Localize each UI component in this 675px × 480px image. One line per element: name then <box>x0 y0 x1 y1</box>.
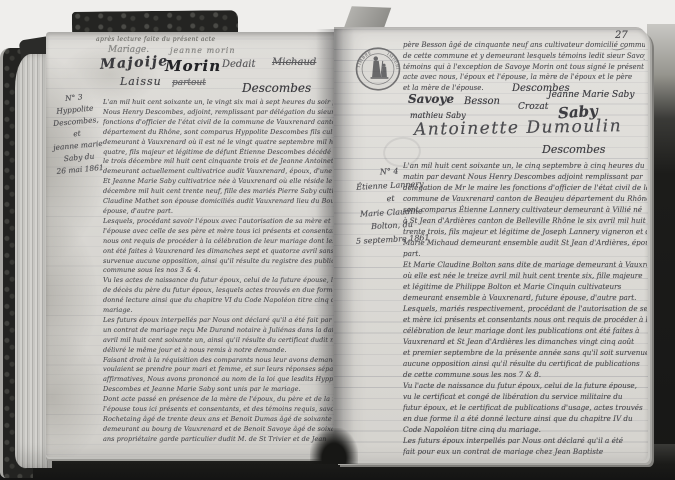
handwriting-line: de cette commune sous les nos 7 & 8. <box>403 369 647 380</box>
previous-act-closing-line: après lecture faite du présent acte <box>96 36 215 43</box>
handwriting-line: donné lecture ainsi que du chapitre VI d… <box>103 296 333 306</box>
handwriting-line: délivré le même jour et à nous remis à n… <box>103 346 333 356</box>
handwriting-line: sont comparus Étienne Lannery cultivateu… <box>403 204 647 215</box>
handwriting-line: survenue aucune opposition, ainsi qu'il … <box>103 257 333 267</box>
handwriting-line: Vauxrenard et St Jean d'Ardières les dim… <box>403 336 647 347</box>
handwriting-line: Rochetaing âgé de trente deux ans et Ben… <box>103 415 333 425</box>
handwriting-line: ans propriétaire garde particulier dudit… <box>103 435 333 445</box>
left-page: après lecture faite du présent acte Mari… <box>46 32 335 457</box>
handwriting-line: témoins qui à l'exception de Savoye Mori… <box>403 62 645 73</box>
handwriting-line: mariage. <box>103 306 333 316</box>
handwriting-line: Nous Henry Descombes, adjoint, remplissa… <box>103 108 333 118</box>
handwriting-line: Descombes et Jeanne Marie Saby sont unis… <box>103 385 333 395</box>
annotation-dedait: Dedait <box>222 59 256 70</box>
signature-antoinette-dumoulin: Antoinette Dumoulin <box>414 116 622 140</box>
handwriting-line: célébration de leur mariage dont les pub… <box>403 325 647 336</box>
handwriting-line: fonctions d'officier de l'état civil de … <box>103 118 333 128</box>
register-scan: après lecture faite du présent acte Mari… <box>0 0 675 480</box>
handwriting-line: décembre mil huit cent trente neuf, fill… <box>103 187 333 197</box>
act-4-body-text: L'an mil huit cent soixante un, le cinq … <box>403 160 647 457</box>
timbre-imperial-stamp: TIMBRE IMPÉRIAL <box>354 46 402 92</box>
handwriting-line: ont été faites à Vauxrenard les dimanche… <box>103 247 333 257</box>
handwriting-line: part. <box>403 248 647 259</box>
handwriting-line: et premier septembre de la présente anné… <box>403 347 647 358</box>
handwriting-line: Claudine Mathet son épouse domiciliés au… <box>103 197 333 207</box>
handwriting-line: le trois décembre mil huit cent cinquant… <box>103 157 333 167</box>
handwriting-line: L'an mil huit cent soixante un, le cinq … <box>403 160 647 171</box>
pencil-annotation-jeanne-morin: jeanne morin <box>170 46 236 55</box>
handwriting-line: avril mil huit cent soixante un, ainsi q… <box>103 336 333 346</box>
handwriting-line: Dont acte passé en présence de la mère d… <box>103 395 333 405</box>
handwriting-line: Faisant droit à la réquisition des compa… <box>103 356 333 366</box>
handwriting-line: affirmatives, Nous avons prononcé au nom… <box>103 375 333 385</box>
handwriting-line: Et Jeanne Marie Saby cultivatrice née à … <box>103 177 333 187</box>
handwriting-line: l'épouse tous ici présents et consentant… <box>103 405 333 415</box>
handwriting-line: quatre, fils majeur et légitime de défun… <box>103 148 333 158</box>
signature-crozat: Crozat <box>518 102 548 112</box>
handwriting-line: Lesquels, mariés respectivement, procéda… <box>403 303 647 314</box>
handwriting-line: Code Napoléon titre cinq du mariage. <box>403 424 647 435</box>
handwriting-line: l'épouse avec celle de ses père et mère … <box>103 227 333 237</box>
handwriting-line: en due forme il a été donné lecture ains… <box>403 413 647 424</box>
margin-note-act-3: N° 3HyppoliteDescombes,etjeanne marieSab… <box>46 90 107 178</box>
right-page: 27 TIMBRE IMPÉRIAL père <box>334 27 648 461</box>
handwriting-line: Vu l'acte de naissance du futur époux, c… <box>403 380 647 391</box>
handwriting-line: Marie Michaud demeurant ensemble audit S… <box>403 237 647 248</box>
signature-besson: Besson <box>464 96 500 107</box>
handwriting-line: aucune opposition ainsi qu'il résulte du… <box>403 358 647 369</box>
handwriting-line: où elle est née le treize avril mil huit… <box>403 270 647 281</box>
annotation-partout-struck: partout <box>172 78 206 88</box>
handwriting-line: trente trois, fils majeur et légitime de… <box>403 226 647 237</box>
handwriting-line: vu le certificat et congé de libération … <box>403 391 647 402</box>
handwriting-line: épouse, d'autre part. <box>103 207 333 217</box>
signature-savoye: Savoye <box>408 92 454 106</box>
handwriting-line: acte avec nous, l'époux et l'épouse, la … <box>403 72 645 83</box>
handwriting-line: et légitime de Philippe Bolton et Marie … <box>403 281 647 292</box>
handwriting-line: demeurant au bourg de Vauxrenard et de B… <box>103 425 333 435</box>
handwriting-line: demeurant à Vauxrenard où il est né le v… <box>103 138 333 148</box>
handwriting-line: Les futurs époux interpellés par Nous on… <box>103 316 333 326</box>
act-3-body-text: L'an mil huit cent soixante un, le vingt… <box>103 98 333 445</box>
annotation-laissu: Laissu <box>120 75 162 88</box>
handwriting-line: à St Jean d'Ardières canton de Bellevill… <box>403 215 647 226</box>
handwriting-line: Vu les actes de naissance du futur époux… <box>103 276 333 286</box>
handwriting-line: de décès du père du futur époux, lesquel… <box>103 286 333 296</box>
handwriting-line: matin par devant Nous Henry Descombes ad… <box>403 171 647 182</box>
backdrop-shadow-right <box>647 24 675 480</box>
handwriting-line: demeurant actuellement cultivatrice audi… <box>103 167 333 177</box>
handwriting-line: de cette commune et y demeurant lesquels… <box>403 51 645 62</box>
handwriting-line: un contrat de mariage reçu Me Durand not… <box>103 326 333 336</box>
signature-descombes-closing: Descombes <box>542 143 605 156</box>
handwriting-line: voulaient se prendre pour mari et femme,… <box>103 365 333 375</box>
handwriting-line: Les futurs époux interpellés par Nous on… <box>403 435 647 446</box>
handwriting-line: L'an mil huit cent soixante un, le vingt… <box>103 98 333 108</box>
handwriting-line: futur époux, et le certificat de publica… <box>403 402 647 413</box>
handwriting-line: département du Rhône, sont comparus Hypp… <box>103 128 333 138</box>
handwriting-line: commune sous les nos 3 & 4. <box>103 266 333 276</box>
handwriting-line: et mère ici présents et consentants nous… <box>403 314 647 325</box>
handwriting-line: nous ont requis de procéder à la célébra… <box>103 237 333 247</box>
handwriting-line: demeurant ensemble à Vauxrenard, future … <box>403 292 647 303</box>
handwriting-line: père Besson âgé de cinquante neuf ans cu… <box>403 40 645 51</box>
signature-jeanne-marie-saby: Jeanne Marie Saby <box>548 90 634 100</box>
annotation-michaud-struck: Michaud <box>272 57 316 68</box>
ink-scribble-majoije: Majoije <box>100 53 170 73</box>
handwriting-line: fait pour eux un contrat de mariage chez… <box>403 446 647 457</box>
handwriting-line: Et Marie Claudine Bolton sans dite de ma… <box>403 259 647 270</box>
handwriting-line: commune de Vauxrenard canton de Beaujeu … <box>403 193 647 204</box>
handwriting-line: délégation de Mr le maire les fonctions … <box>403 182 647 193</box>
handwriting-line: Lesquels, procédant savoir l'époux avec … <box>103 217 333 227</box>
ink-scribble-morin: Morin <box>165 57 221 75</box>
signature-descombes-left-page: Descombes <box>242 81 311 95</box>
